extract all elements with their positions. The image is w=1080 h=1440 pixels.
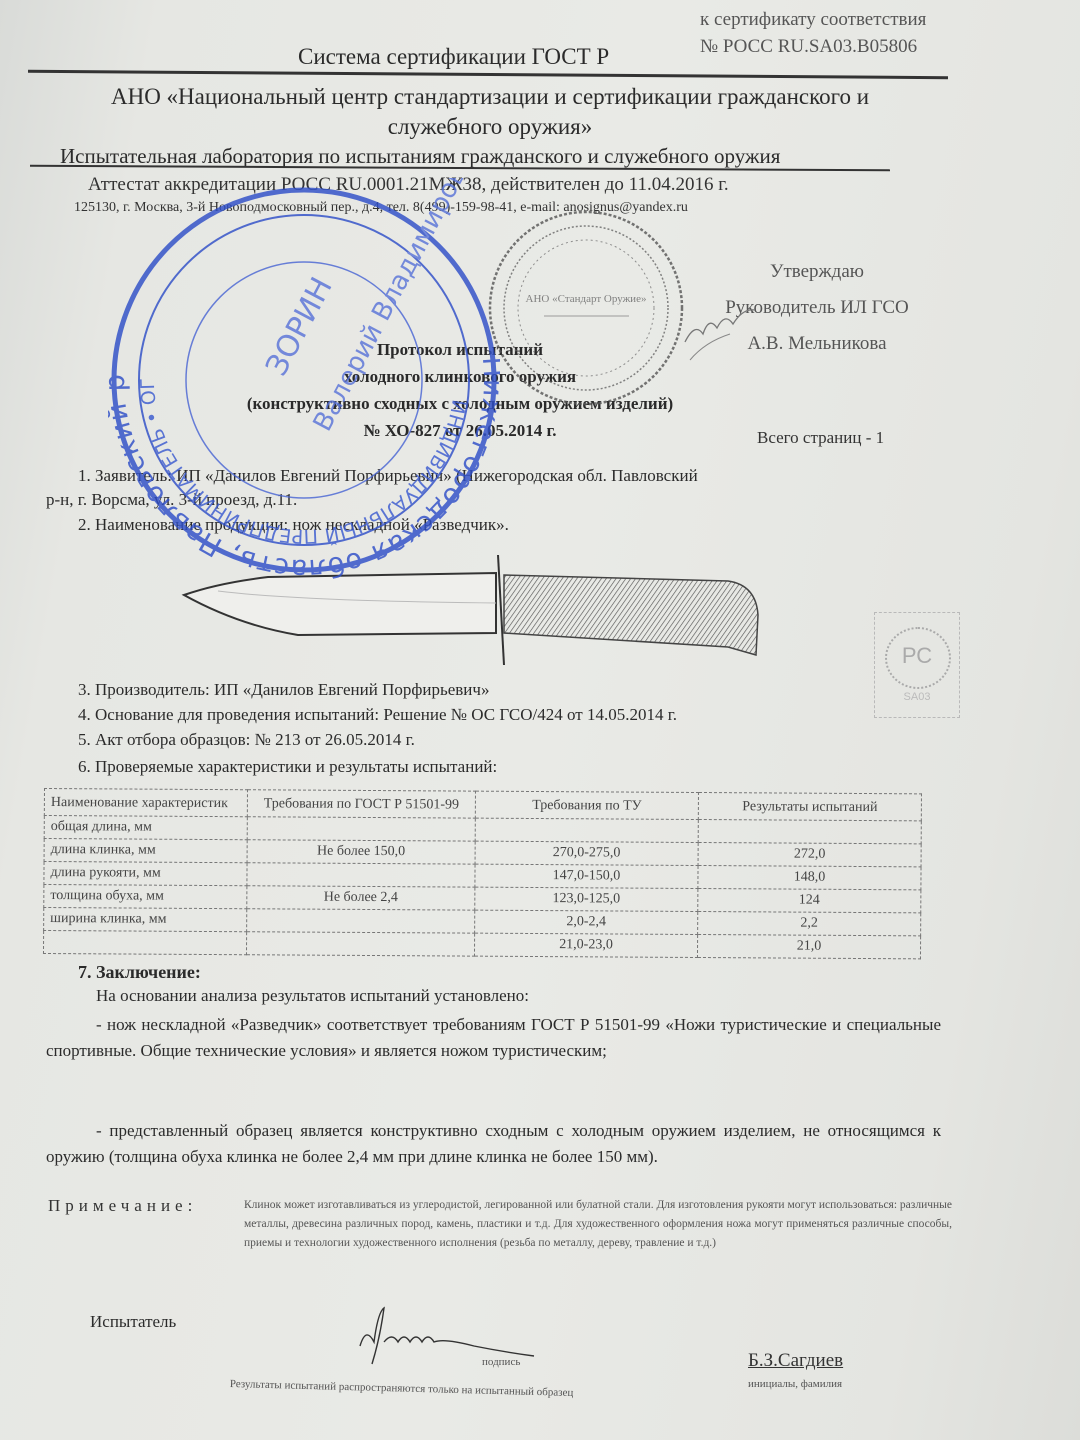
signature-caption: подпись (482, 1356, 520, 1368)
cell-result: 124 (698, 888, 921, 912)
item-product: 2. Наименование продукции: нож нескладно… (78, 515, 509, 535)
cell-result: 148,0 (698, 865, 921, 889)
item-applicant: 1. Заявитель: ИП «Данилов Евгений Порфир… (78, 466, 698, 486)
cell-result: 272,0 (698, 842, 921, 866)
footer-note: Результаты испытаний распространяются то… (230, 1378, 574, 1399)
document-page: к сертификату соответствия № РОСС RU.SA0… (0, 0, 1080, 1440)
note-text: Клинок может изготавливаться из углероди… (244, 1196, 952, 1253)
cell-characteristic: длина рукояти, мм (44, 862, 247, 886)
item-characteristics: 6. Проверяемые характеристики и результа… (78, 757, 497, 777)
table-body: общая длина, ммдлина клинка, ммНе более … (43, 816, 921, 959)
protocol-title: Протокол испытаний холодного клинкового … (180, 336, 740, 444)
conclusion-point-2: - представленный образец является констр… (46, 1118, 941, 1170)
results-table: Наименование характеристик Требования по… (43, 788, 922, 959)
tester-name: Б.З.Сагдиев (748, 1350, 843, 1372)
cell-tu: 270,0-275,0 (475, 841, 698, 865)
protocol-line2: холодного клинкового оружия (180, 363, 740, 390)
conclusion-point-1: - нож нескладной «Разведчик» соответству… (46, 1012, 941, 1064)
cell-gost (247, 909, 475, 933)
header-characteristic: Наименование характеристик (44, 789, 247, 817)
cell-result (698, 819, 921, 843)
cell-tu: 123,0-125,0 (475, 887, 698, 911)
cell-characteristic: ширина клинка, мм (44, 908, 247, 932)
cell-tu: 21,0-23,0 (474, 933, 697, 957)
address-line: 125130, г. Москва, 3-й Новоподмосковный … (74, 200, 688, 216)
protocol-line3: (конструктивно сходных с холодным оружие… (180, 390, 740, 417)
cert-ref-line1: к сертификату соответствия (700, 6, 926, 33)
system-title: Система сертификации ГОСТ Р (298, 44, 609, 70)
conclusion-heading: 7. Заключение: (78, 962, 201, 983)
rst-mark-sub: SA03 (875, 691, 959, 703)
cell-gost: Не более 150,0 (247, 840, 475, 864)
header-results: Результаты испытаний (698, 792, 921, 820)
header-gost: Требования по ГОСТ Р 51501-99 (247, 790, 475, 818)
cell-gost: Не более 2,4 (247, 886, 475, 910)
cell-characteristic (43, 931, 246, 955)
tester-signature-icon (340, 1306, 560, 1366)
cell-tu: 2,0-2,4 (475, 910, 698, 934)
cell-characteristic: толщина обуха, мм (44, 885, 247, 909)
note-label: Примечание: (48, 1196, 197, 1216)
approval-line1: Утверждаю (702, 254, 932, 290)
tester-label: Испытатель (90, 1312, 176, 1332)
cell-characteristic: длина клинка, мм (44, 839, 247, 863)
rst-mark-label: РС (875, 643, 959, 669)
rst-conformity-mark: РС SA03 (874, 612, 960, 718)
header-divider (28, 70, 948, 79)
item-basis: 4. Основание для проведения испытаний: Р… (78, 705, 677, 725)
cell-gost (247, 863, 475, 887)
header-tu: Требования по ТУ (475, 791, 698, 819)
cell-gost (247, 817, 475, 841)
gray-stamp-center-text: АНО «Стандарт Оружие» (526, 293, 647, 305)
cell-result: 21,0 (697, 934, 920, 958)
cell-characteristic: общая длина, мм (44, 816, 247, 840)
protocol-number: № ХО-827 от 26.05.2014 г. (180, 417, 740, 444)
table-row: 21,0-23,021,0 (43, 931, 920, 959)
cell-result: 2,2 (698, 911, 921, 935)
protocol-line1: Протокол испытаний (180, 336, 740, 363)
total-pages: Всего страниц - 1 (757, 428, 884, 448)
item-applicant-continued: р-н, г. Ворсма, ул. 3-й проезд, д.11. (46, 490, 297, 510)
knife-drawing-icon (178, 555, 798, 670)
cell-tu (475, 818, 698, 842)
certificate-reference: к сертификату соответствия № РОСС RU.SA0… (700, 6, 926, 60)
organization-name: АНО «Национальный центр стандартизации и… (70, 82, 910, 142)
cert-ref-line2: № РОСС RU.SA03.B05806 (700, 33, 926, 60)
conclusion-intro: На основании анализа результатов испытан… (96, 986, 529, 1006)
name-caption: инициалы, фамилия (748, 1378, 842, 1390)
cell-gost (246, 932, 474, 956)
accreditation-line: Аттестат аккредитации РОСС RU.0001.21МЖ3… (88, 174, 729, 196)
item-manufacturer: 3. Производитель: ИП «Данилов Евгений По… (78, 680, 489, 700)
cell-tu: 147,0-150,0 (475, 864, 698, 888)
item-sampling: 5. Акт отбора образцов: № 213 от 26.05.2… (78, 730, 415, 750)
